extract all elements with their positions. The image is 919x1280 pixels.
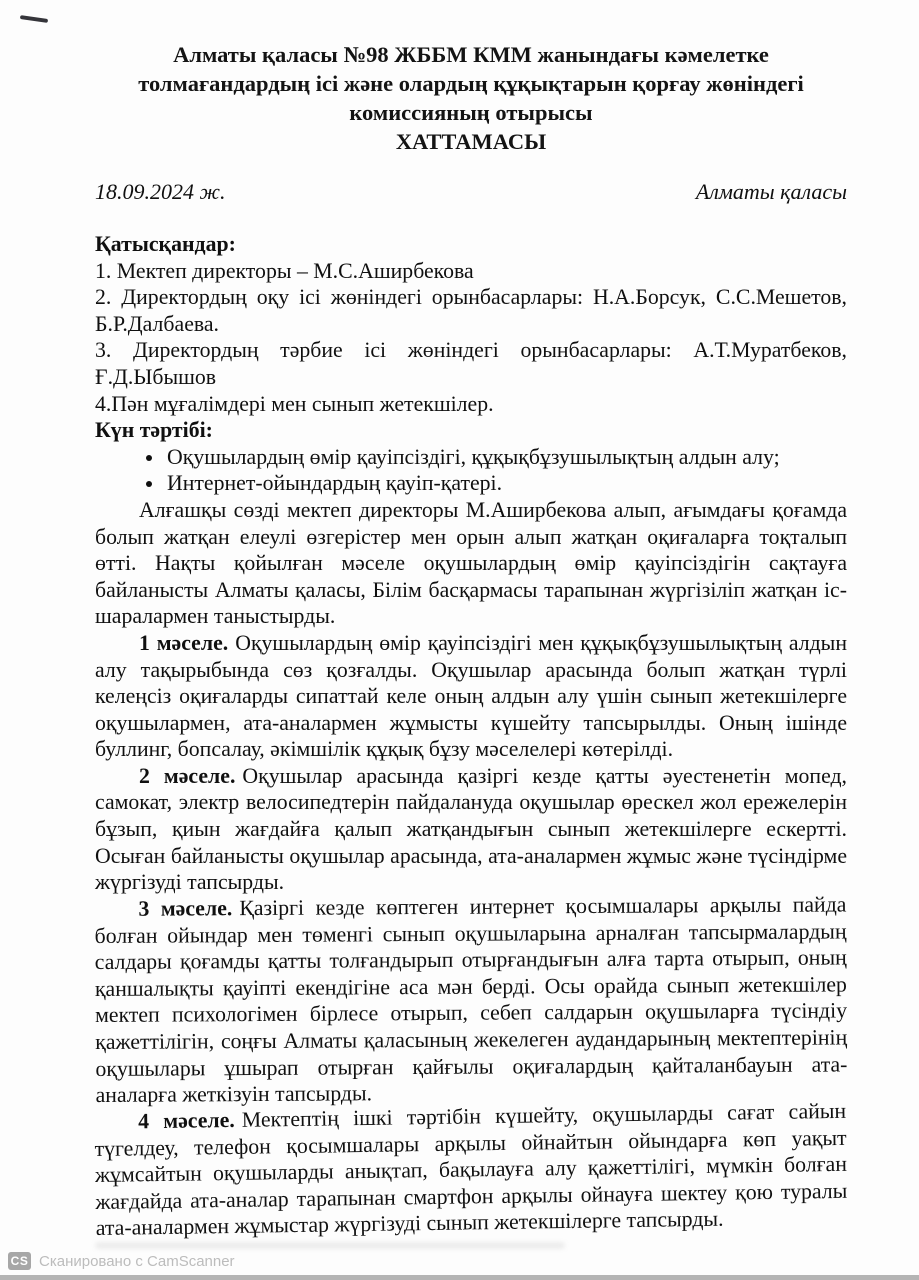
agenda-item: Оқушылардың өмір қауіпсіздігі, құқықбұзу… <box>165 444 847 471</box>
bottom-edge-bar <box>0 1275 919 1280</box>
pen-stroke-artifact <box>20 15 48 23</box>
scanned-document-page: Алматы қаласы №98 ЖББМ КММ жанындағы кәм… <box>0 0 919 1280</box>
issue-paragraph-1: 1 мәселе.Оқушылардың өмір қауіпсіздігі м… <box>95 630 847 763</box>
title-line-4: ХАТТАМАСЫ <box>95 127 847 156</box>
scan-smudge-artifact <box>95 1242 565 1249</box>
title-line-1: Алматы қаласы №98 ЖББМ КММ жанындағы кәм… <box>95 40 847 69</box>
document-city: Алматы қаласы <box>696 179 847 205</box>
date-row: 18.09.2024 ж. Алматы қаласы <box>95 179 847 205</box>
document-date: 18.09.2024 ж. <box>95 179 225 205</box>
participants-heading: Қатысқандар: <box>95 231 847 258</box>
participant-item: 1. Мектеп директоры – М.С.Аширбекова <box>95 258 847 285</box>
document-title: Алматы қаласы №98 ЖББМ КММ жанындағы кәм… <box>95 40 847 156</box>
document-body: Қатысқандар: 1. Мектеп директоры – М.С.А… <box>95 231 847 1242</box>
issue-label-2: 2 мәселе. <box>139 764 235 788</box>
camscanner-watermark-text: Сканировано с CamScanner <box>39 1253 235 1270</box>
agenda-item: Интернет-ойындардың қауіп-қатері. <box>165 470 847 497</box>
participants-section: Қатысқандар: 1. Мектеп директоры – М.С.А… <box>95 231 847 417</box>
issue-text-3: Қазіргі кезде көптеген интернет қосымшал… <box>95 892 848 1107</box>
agenda-section: Күн тәртібі: Оқушылардың өмір қауіпсізді… <box>95 417 847 497</box>
document-content: Алматы қаласы №98 ЖББМ КММ жанындағы кәм… <box>95 40 847 1242</box>
participant-item: 3. Директордың тәрбие ісі жөніндегі орын… <box>95 337 847 390</box>
issue-label-3: 3 мәселе. <box>138 896 232 921</box>
title-line-3: комиссияның отырысы <box>95 98 847 127</box>
agenda-heading: Күн тәртібі: <box>95 417 847 444</box>
title-line-2: толмағандардың ісі және олардың құқықтар… <box>95 69 847 98</box>
intro-paragraph: Алғашқы сөзді мектеп директоры М.Аширбек… <box>95 497 847 630</box>
camscanner-icon: CS <box>8 1252 31 1270</box>
participant-item: 4.Пән мұғалімдері мен сынып жетекшілер. <box>95 391 847 418</box>
issue-label-4: 4 мәселе. <box>138 1108 235 1133</box>
issue-paragraph-3: 3 мәселе.Қазіргі кезде көптеген интернет… <box>94 891 847 1108</box>
issue-paragraph-4: 4 мәселе.Мектептің ішкі тәртібін күшейту… <box>94 1097 848 1241</box>
issue-paragraph-2: 2 мәселе.Оқушылар арасында қазіргі кезде… <box>95 763 847 896</box>
issue-label-1: 1 мәселе. <box>139 631 228 655</box>
participant-item: 2. Директордың оқу ісі жөніндегі орынбас… <box>95 284 847 337</box>
camscanner-watermark: CS Сканировано с CamScanner <box>8 1252 235 1270</box>
agenda-list: Оқушылардың өмір қауіпсіздігі, құқықбұзу… <box>95 444 847 497</box>
